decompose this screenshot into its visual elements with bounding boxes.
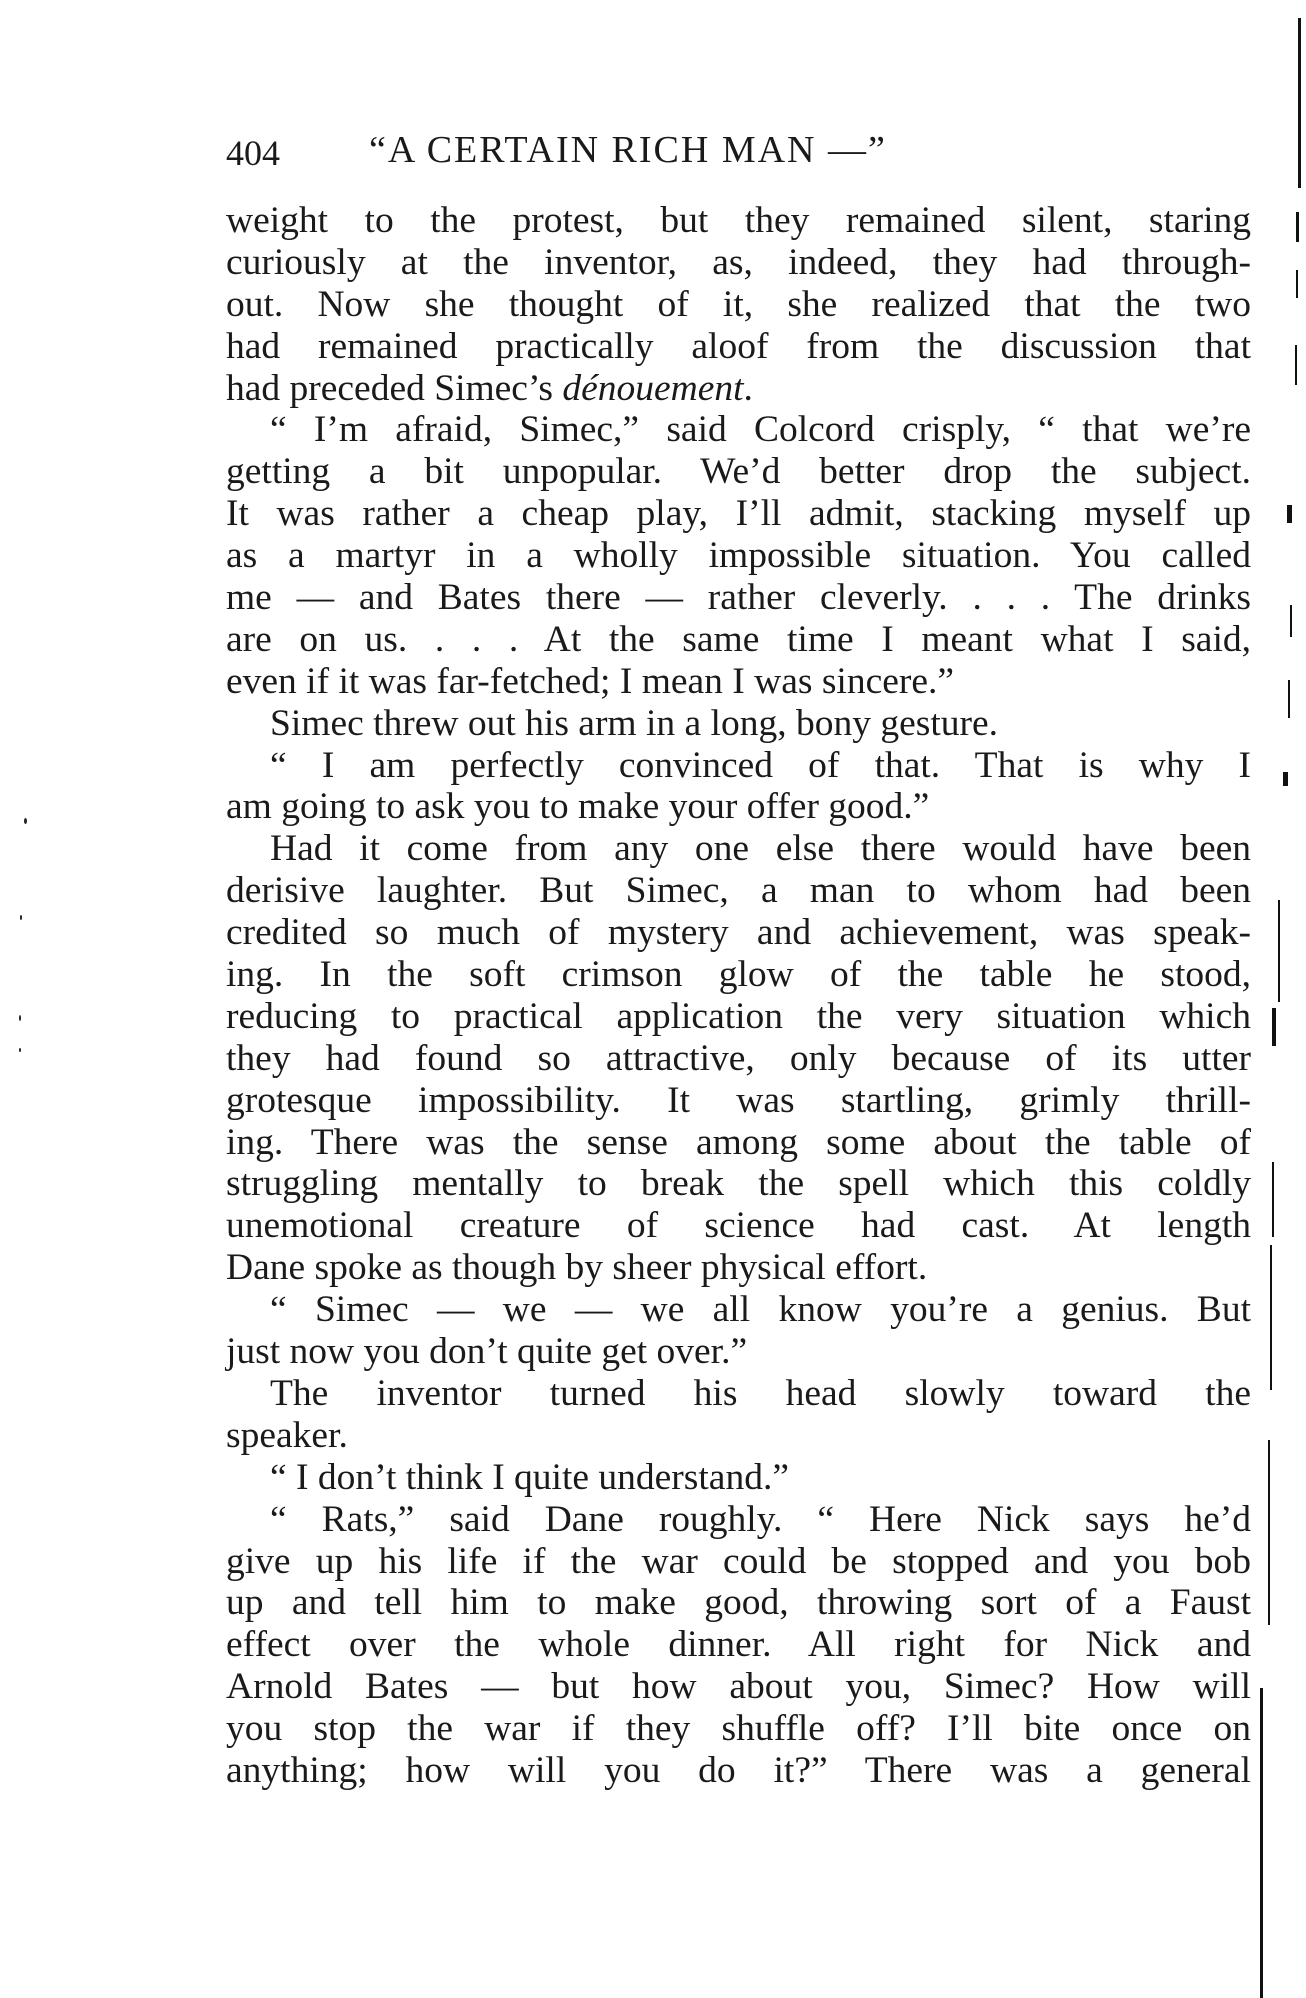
scan-artifact-line bbox=[1268, 1440, 1270, 1625]
text-line: up and tell him to make good, throwing s… bbox=[226, 1582, 1251, 1624]
scan-artifact-line bbox=[1296, 270, 1298, 298]
text-line: me — and Bates there — rather cleverly. … bbox=[226, 577, 1251, 619]
text-line: effect over the whole dinner. All right … bbox=[226, 1624, 1251, 1666]
text-line: credited so much of mystery and achievem… bbox=[226, 912, 1251, 954]
text-line: curiously at the inventor, as, indeed, t… bbox=[226, 242, 1251, 284]
text-line: “ Simec — we — we all know you’re a geni… bbox=[226, 1289, 1251, 1331]
text-line: out. Now she thought of it, she realized… bbox=[226, 284, 1251, 326]
text-fragment: had preceded Simec’s bbox=[226, 368, 562, 409]
text-line: had preceded Simec’s dénouement. bbox=[226, 368, 1251, 410]
scan-artifact-line bbox=[1270, 1245, 1272, 1390]
text-line: “ I don’t think I quite understand.” bbox=[226, 1457, 1251, 1499]
running-head-title: “A CERTAIN RICH MAN —” bbox=[369, 128, 887, 172]
text-line: are on us. . . . At the same time I mean… bbox=[226, 619, 1251, 661]
text-line: am going to ask you to make your offer g… bbox=[226, 786, 1251, 828]
body-text: weight to the protest, but they remained… bbox=[226, 200, 1251, 1792]
text-line: had remained practically aloof from the … bbox=[226, 326, 1251, 368]
text-line: Arnold Bates — but how about you, Simec?… bbox=[226, 1666, 1251, 1708]
text-line: reducing to practical application the ve… bbox=[226, 996, 1251, 1038]
text-line: “ I’m afraid, Simec,” said Colcord crisp… bbox=[226, 409, 1251, 451]
scan-speck bbox=[19, 1015, 21, 1021]
scan-artifact-line bbox=[1298, 18, 1301, 188]
scan-artifact-line bbox=[1296, 212, 1299, 242]
scan-speck bbox=[24, 818, 27, 824]
scan-artifact-mark bbox=[1287, 505, 1292, 523]
scan-artifact-line bbox=[1260, 1688, 1263, 1998]
book-page: 404 “A CERTAIN RICH MAN —” weight to the… bbox=[0, 0, 1306, 1998]
text-line: It was rather a cheap play, I’ll admit, … bbox=[226, 493, 1251, 535]
text-line: Had it come from any one else there woul… bbox=[226, 828, 1251, 870]
scan-artifact-line bbox=[1288, 680, 1290, 718]
text-line: grotesque impossibility. It was startlin… bbox=[226, 1080, 1251, 1122]
text-line: speaker. bbox=[226, 1415, 1251, 1457]
scan-artifact-line bbox=[1295, 345, 1297, 385]
scan-speck bbox=[20, 915, 22, 920]
scan-artifact-mark bbox=[1272, 1008, 1276, 1046]
scan-artifact-line bbox=[1278, 900, 1280, 1002]
text-line: ing. In the soft crimson glow of the tab… bbox=[226, 954, 1251, 996]
text-line: Dane spoke as though by sheer physical e… bbox=[226, 1247, 1251, 1289]
scan-artifact-line bbox=[1290, 605, 1292, 637]
running-head: 404 “A CERTAIN RICH MAN —” bbox=[226, 122, 1126, 172]
text-line: derisive laughter. But Simec, a man to w… bbox=[226, 870, 1251, 912]
text-line: just now you don’t quite get over.” bbox=[226, 1331, 1251, 1373]
scan-artifact-mark bbox=[1283, 772, 1288, 786]
page-number: 404 bbox=[226, 132, 280, 174]
text-line: Simec threw out his arm in a long, bony … bbox=[226, 703, 1251, 745]
text-line: struggling mentally to break the spell w… bbox=[226, 1163, 1251, 1205]
text-line: ing. There was the sense among some abou… bbox=[226, 1122, 1251, 1164]
text-line: give up his life if the war could be sto… bbox=[226, 1541, 1251, 1583]
text-line: The inventor turned his head slowly towa… bbox=[226, 1373, 1251, 1415]
text-line: “ Rats,” said Dane roughly. “ Here Nick … bbox=[226, 1499, 1251, 1541]
text-line: they had found so attractive, only becau… bbox=[226, 1038, 1251, 1080]
text-line: you stop the war if they shuffle off? I’… bbox=[226, 1708, 1251, 1750]
italic-word: dénouement bbox=[562, 368, 743, 409]
text-line: anything; how will you do it?” There was… bbox=[226, 1750, 1251, 1792]
text-line: getting a bit unpopular. We’d better dro… bbox=[226, 451, 1251, 493]
text-line: “ I am perfectly convinced of that. That… bbox=[226, 745, 1251, 787]
text-line: as a martyr in a wholly impossible situa… bbox=[226, 535, 1251, 577]
text-line: unemotional creature of science had cast… bbox=[226, 1205, 1251, 1247]
scan-artifact-line bbox=[1272, 1162, 1274, 1237]
text-line: weight to the protest, but they remained… bbox=[226, 200, 1251, 242]
text-fragment: . bbox=[744, 368, 753, 409]
text-line: even if it was far-fetched; I mean I was… bbox=[226, 661, 1251, 703]
scan-speck bbox=[19, 1048, 21, 1052]
